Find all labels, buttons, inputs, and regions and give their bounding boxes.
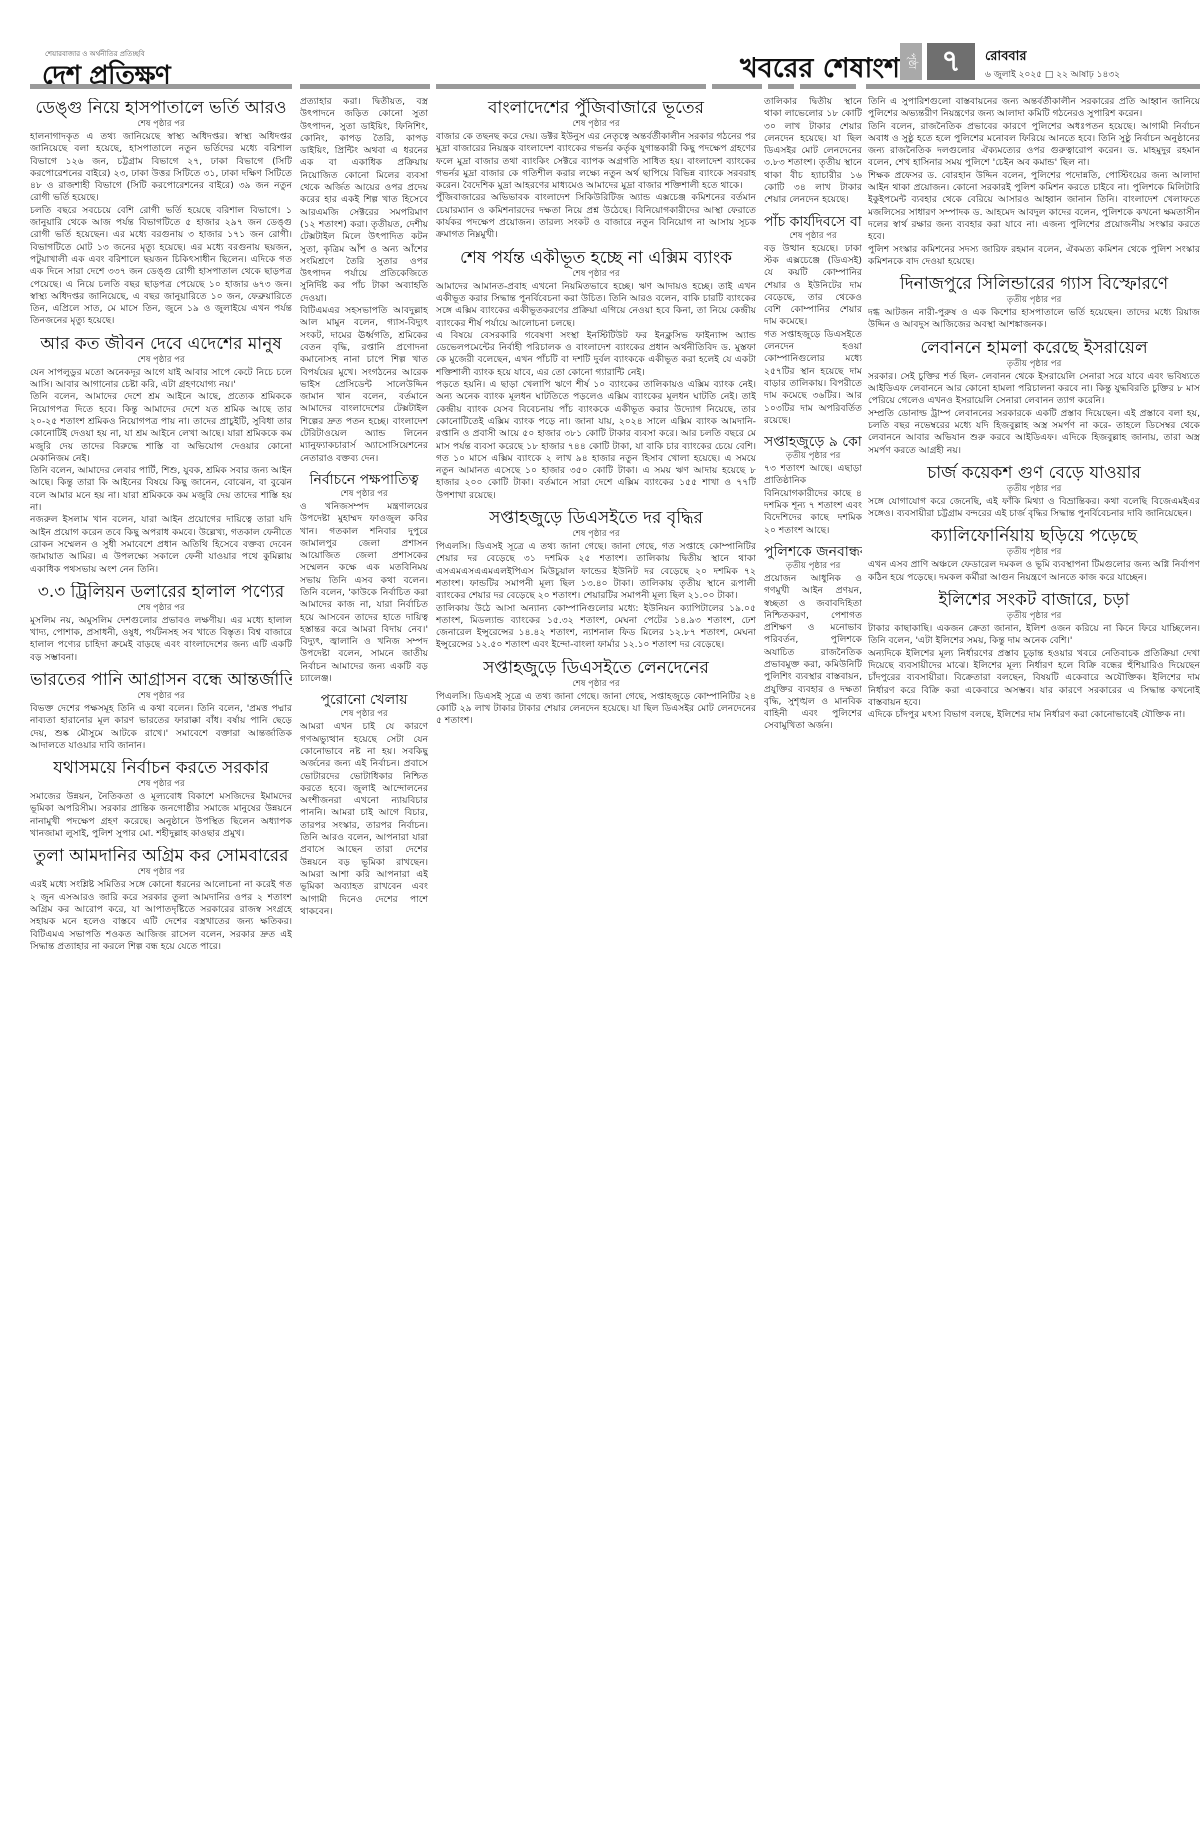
paragraph: শিক্ষক প্রফেসর ড. বোরহান উদ্দিন বলেন, পু… <box>868 170 1200 244</box>
story-police-friendly: পুলিশকে জনবান্ধব তৃতীয় পৃষ্ঠার পর প্রয়… <box>764 543 862 733</box>
story-dengue: ডেঙ্গু নিয়ে হাসপাতালে ভর্তি আরও শেষ পৃষ… <box>30 98 292 328</box>
story-california-fire: ক্যালিফোর্নিয়ায় ছড়িয়ে পড়েছে তৃতীয় … <box>868 526 1200 584</box>
column-rule <box>866 84 1200 89</box>
column-1: ডেঙ্গু নিয়ে হাসপাতালে ভর্তি আরও শেষ পৃষ… <box>30 96 292 1841</box>
paragraph: ও খনিজসম্পদ মন্ত্রণালয়ের উপদেষ্টা মুহাম… <box>300 501 428 685</box>
paragraph: তালিকার দ্বিতীয় স্থানে থাকা লাভেলোর ১৮ … <box>764 96 862 207</box>
story-election-bias: নির্বাচনে পক্ষপাতিত্ব শেষ পৃষ্ঠার পর ও খ… <box>300 471 428 685</box>
paragraph: তিনি বলেন, আমাদের দেশে শ্রম আইনে আছে, প্… <box>30 391 292 465</box>
paragraph: তিনি বলেন, রাজনৈতিক প্রভাবের কারণে পুলিশ… <box>868 121 1200 170</box>
paragraph: আমাদের আমানত-প্রবাহ এখনো নিয়মিতভাবে হচ্… <box>436 281 756 330</box>
date-line: ৬ জুলাই ২০২৫ □ ২২ আষাঢ় ১৪৩২ <box>985 67 1120 82</box>
paragraph: চলতি বছরে সবচেয়ে বেশি রোগী ভর্তি হয়েছে… <box>30 205 292 328</box>
paragraph: যেন সাপলুডুর মতো অনেকদূর আগে যাই আবার সা… <box>30 367 292 392</box>
column-3: বাংলাদেশের পুঁজিবাজারে ভূতের শেষ পৃষ্ঠার… <box>436 96 756 1841</box>
paragraph: গত সপ্তাহজুড়ে ডিএসইতে লেনদেন হওয়া কোম্… <box>764 329 862 427</box>
paragraph: এদিকে চাঁদপুর মৎস্য বিভাগ বলছে, ইলিশের দ… <box>868 709 1200 721</box>
headline[interactable]: নির্বাচনে পক্ষপাতিত্ব <box>300 471 428 489</box>
headline[interactable]: আর কত জীবন দেবে এদেশের মানুষ <box>30 334 292 355</box>
column-rule <box>436 84 706 89</box>
headline[interactable]: চার্জ কয়েকশ গুণ বেড়ে যাওয়ার <box>868 463 1200 484</box>
headline[interactable]: দিনাজপুরে সিলিন্ডারের গ্যাস বিস্ফোরণে <box>868 274 1200 295</box>
paragraph: মুসলিম নয়, অমুসলিম দেশগুলোর প্রভাবও লক্… <box>30 615 292 664</box>
paragraph: আমরা এখন চাই যে কারণে গণঅভ্যুত্থান হয়েছ… <box>300 721 428 918</box>
story-cotton-tax: তুলা আমদানির অগ্রিম কর সোমবারের শেষ পৃষ্… <box>30 846 292 953</box>
headline[interactable]: যথাসময়ে নির্বাচন করতে সরকার <box>30 758 292 779</box>
paragraph: সঙ্গে যোগাযোগ করে জেনেছি, এই ফাঁকি মিথ্য… <box>868 496 1200 521</box>
story-nine-companies: সপ্তাহজুড়ে ৯ কোম্পানির তৃতীয় পৃষ্ঠার প… <box>764 433 862 537</box>
column-4: তালিকার দ্বিতীয় স্থানে থাকা লাভেলোর ১৮ … <box>764 96 862 1841</box>
paragraph: সরকার। সেই চুক্তির শর্ত ছিল- লেবানন থেকে… <box>868 371 1200 408</box>
jump-line: শেষ পৃষ্ঠার পর <box>30 603 292 614</box>
jump-line: তৃতীয় পৃষ্ঠার পর <box>868 484 1200 495</box>
headline[interactable]: বাংলাদেশের পুঁজিবাজারে ভূতের <box>436 98 756 119</box>
jump-line: তৃতীয় পৃষ্ঠার পর <box>868 295 1200 306</box>
jump-line: শেষ পৃষ্ঠার পর <box>764 231 862 242</box>
headline[interactable]: সপ্তাহজুড়ে ডিএসইতে লেনদেনের <box>436 658 756 679</box>
jump-line: শেষ পৃষ্ঠার পর <box>30 691 292 702</box>
paragraph: এ বিষয়ে বেসরকারি গবেষণা সংস্থা ইনস্টিটি… <box>436 330 756 379</box>
jump-line: শেষ পৃষ্ঠার পর <box>30 119 292 130</box>
paragraph: বিভক্ত দেশের পক্ষসমূহ তিনি এ কথা বলেন। ত… <box>30 703 292 752</box>
jump-line: তৃতীয় পৃষ্ঠার পর <box>868 359 1200 370</box>
page-number: ৭ <box>927 43 975 80</box>
jump-line: তৃতীয় পৃষ্ঠার পর <box>868 611 1200 622</box>
headline[interactable]: লেবাননে হামলা করেছে ইসরায়েল <box>868 338 1200 359</box>
story-five-days-market: পাঁচ কার্যদিবসে বাজার শেষ পৃষ্ঠার পর বড়… <box>764 213 862 427</box>
jump-line: শেষ পৃষ্ঠার পর <box>436 119 756 130</box>
story-halal: ৩.৩ ট্রিলিয়ন ডলারের হালাল পণ্যের শেষ পৃ… <box>30 582 292 664</box>
paragraph: সমাজের উন্নয়ন, নৈতিকতা ও মূল্যবোধ বিকাশ… <box>30 791 292 840</box>
jump-line: শেষ পৃষ্ঠার পর <box>436 269 756 280</box>
column-rule <box>800 84 856 89</box>
paragraph: সম্প্রতি ডোনাল্ড ট্রাম্প লেবাননের সরকারক… <box>868 408 1200 457</box>
story-dse-price-rise: সপ্তাহজুড়ে ডিএসইতে দর বৃদ্ধির শেষ পৃষ্ঠ… <box>436 508 756 652</box>
jump-line: শেষ পৃষ্ঠার পর <box>30 867 292 878</box>
column-rule <box>768 84 794 89</box>
paragraph: পড়তে হয়নি। এ ছাড়া খেলাপি ঋণে শীর্ষ ১০… <box>436 379 756 502</box>
jump-line: তৃতীয় পৃষ্ঠার পর <box>764 451 862 462</box>
paragraph: তিনি এ সুপারিশগুলো বাস্তবায়নের জন্য অন্… <box>868 96 1200 121</box>
paragraph: দগ্ধ আটজন নারী-পুরুষ ও এক কিশোর হাসপাতাল… <box>868 307 1200 332</box>
jump-line: তৃতীয় পৃষ্ঠার পর <box>868 547 1200 558</box>
page-label: পৃষ্ঠা <box>900 43 922 80</box>
jump-line: শেষ পৃষ্ঠার পর <box>300 489 428 500</box>
paragraph: পিএলসি। ডিএসই সূত্রে এ তথ্য জানা গেছে। জ… <box>436 541 756 602</box>
headline[interactable]: তুলা আমদানির অগ্রিম কর সোমবারের <box>30 846 292 867</box>
story-life: আর কত জীবন দেবে এদেশের মানুষ শেষ পৃষ্ঠার… <box>30 334 292 576</box>
column-5: তিনি এ সুপারিশগুলো বাস্তবায়নের জন্য অন্… <box>868 96 1200 1841</box>
jump-line: শেষ পৃষ্ঠার পর <box>436 529 756 540</box>
story-dse-turnover: সপ্তাহজুড়ে ডিএসইতে লেনদেনের শেষ পৃষ্ঠার… <box>436 658 756 728</box>
jump-line: তৃতীয় পৃষ্ঠার পর <box>764 561 862 572</box>
jump-line: শেষ পৃষ্ঠার পর <box>300 709 428 720</box>
paragraph: টাকার কাছাকাছি। একজন ক্রেতা জানান, ইলিশ … <box>868 623 1200 648</box>
headline[interactable]: পাঁচ কার্যদিবসে বাজার <box>764 213 862 231</box>
paragraph: প্রত্যাহার করা। দ্বিতীয়ত, বস্ত্র উৎপাদন… <box>300 96 428 305</box>
story-india-water: ভারতের পানি আগ্রাসন বন্ধে আন্তর্জাতিক শে… <box>30 670 292 752</box>
paragraph: বড় উত্থান হয়েছে। ঢাকা স্টক এক্সচেঞ্জে … <box>764 243 862 329</box>
story-old-game: পুরোনো খেলায় শেষ পৃষ্ঠার পর আমরা এখন চা… <box>300 691 428 918</box>
paragraph: অন্যদিকে ইলিশের মূল্য নির্ধারণের প্রস্তা… <box>868 648 1200 709</box>
column-rule <box>712 84 762 89</box>
paragraph: তিনি বলেন, আমাদের লেবার পার্টি, শিশু, যু… <box>30 465 292 514</box>
headline[interactable]: পুরোনো খেলায় <box>300 691 428 709</box>
paragraph: প্রয়োজন আধুনিক ও গণমুখী আইন প্রণয়ন, স্… <box>764 573 862 733</box>
jump-line: শেষ পৃষ্ঠার পর <box>30 355 292 366</box>
story-police-reform: তিনি এ সুপারিশগুলো বাস্তবায়নের জন্য অন্… <box>868 96 1200 268</box>
paragraph: তালিকায় উঠে আসা অন্যান্য কোম্পানিগুলোর … <box>436 603 756 652</box>
paragraph: বাজার কে তছনছ করে দেয়। ডক্টর ইউনুস এর ন… <box>436 131 756 192</box>
headline[interactable]: ক্যালিফোর্নিয়ায় ছড়িয়ে পড়েছে <box>868 526 1200 547</box>
paragraph: পুঁজিবাজারের অভিভাবক বাংলাদেশ সিকিউরিটিজ… <box>436 192 756 241</box>
headline[interactable]: ডেঙ্গু নিয়ে হাসপাতালে ভর্তি আরও <box>30 98 292 119</box>
column-rule <box>300 84 430 89</box>
headline[interactable]: সপ্তাহজুড়ে ডিএসইতে দর বৃদ্ধির <box>436 508 756 529</box>
headline[interactable]: সপ্তাহজুড়ে ৯ কোম্পানির <box>764 433 862 451</box>
paragraph: পিএলসি। ডিএসই সূত্রে এ তথ্য জানা গেছে। জ… <box>436 691 756 728</box>
weekday: রোববার <box>985 47 1027 68</box>
newspaper-logo[interactable]: দেশ প্রতিক্ষণ <box>42 55 170 99</box>
story-dinajpur-blast: দিনাজপুরে সিলিন্ডারের গ্যাস বিস্ফোরণে তৃ… <box>868 274 1200 332</box>
paragraph: এখন এসব প্রাণি অঞ্চলে ফেডারেল দমকল ও ভূম… <box>868 559 1200 584</box>
paragraph: হালনাগাদকৃত এ তথ্য জানিয়েছে স্বাস্থ্য অ… <box>30 131 292 205</box>
headline[interactable]: পুলিশকে জনবান্ধব <box>764 543 862 561</box>
paragraph: ৭৩ শতাংশ আছে। এছাড়া প্রাতিষ্ঠানিক বিনিয… <box>764 463 862 537</box>
headline[interactable]: শেষ পর্যন্ত একীভূত হচ্ছে না এক্সিম ব্যাং… <box>436 248 756 269</box>
headline[interactable]: ভারতের পানি আগ্রাসন বন্ধে আন্তর্জাতিক <box>30 670 292 691</box>
jump-line: শেষ পৃষ্ঠার পর <box>436 679 756 690</box>
story-hilsa-crisis: ইলিশের সংকট বাজারে, চড়া তৃতীয় পৃষ্ঠার … <box>868 590 1200 721</box>
story-continuation: তালিকার দ্বিতীয় স্থানে থাকা লাভেলোর ১৮ … <box>764 96 862 207</box>
masthead: শেয়ারবাজার ও অর্থনীতির প্রতিচ্ছবি দেশ প… <box>0 0 1200 80</box>
paragraph: নজরুল ইসলাম খান বলেন, যারা আইন প্রয়োগের… <box>30 514 292 575</box>
paragraph: পুলিশ সংস্কার কমিশনের সদস্য জারিফ রহমান … <box>868 244 1200 269</box>
paragraph: এরই মধ্যে সংশ্লিষ্ট সমিতির সঙ্গে কোনো ধর… <box>30 879 292 953</box>
story-capital-market: বাংলাদেশের পুঁজিবাজারে ভূতের শেষ পৃষ্ঠার… <box>436 98 756 242</box>
story-continuation: প্রত্যাহার করা। দ্বিতীয়ত, বস্ত্র উৎপাদন… <box>300 96 428 465</box>
column-2: প্রত্যাহার করা। দ্বিতীয়ত, বস্ত্র উৎপাদন… <box>300 96 428 1841</box>
jump-line: শেষ পৃষ্ঠার পর <box>30 779 292 790</box>
headline[interactable]: ইলিশের সংকট বাজারে, চড়া <box>868 590 1200 611</box>
story-lebanon-attack: লেবাননে হামলা করেছে ইসরায়েল তৃতীয় পৃষ্… <box>868 338 1200 457</box>
story-port-charge: চার্জ কয়েকশ গুণ বেড়ে যাওয়ার তৃতীয় পৃ… <box>868 463 1200 521</box>
headline[interactable]: ৩.৩ ট্রিলিয়ন ডলারের হালাল পণ্যের <box>30 582 292 603</box>
paragraph: বিটিএমএর সহসভাপতি আবদুল্লাহ আল মামুন বলে… <box>300 305 428 465</box>
story-exim-bank: শেষ পর্যন্ত একীভূত হচ্ছে না এক্সিম ব্যাং… <box>436 248 756 502</box>
column-rule <box>30 84 292 89</box>
story-election-timely: যথাসময়ে নির্বাচন করতে সরকার শেষ পৃষ্ঠার… <box>30 758 292 840</box>
